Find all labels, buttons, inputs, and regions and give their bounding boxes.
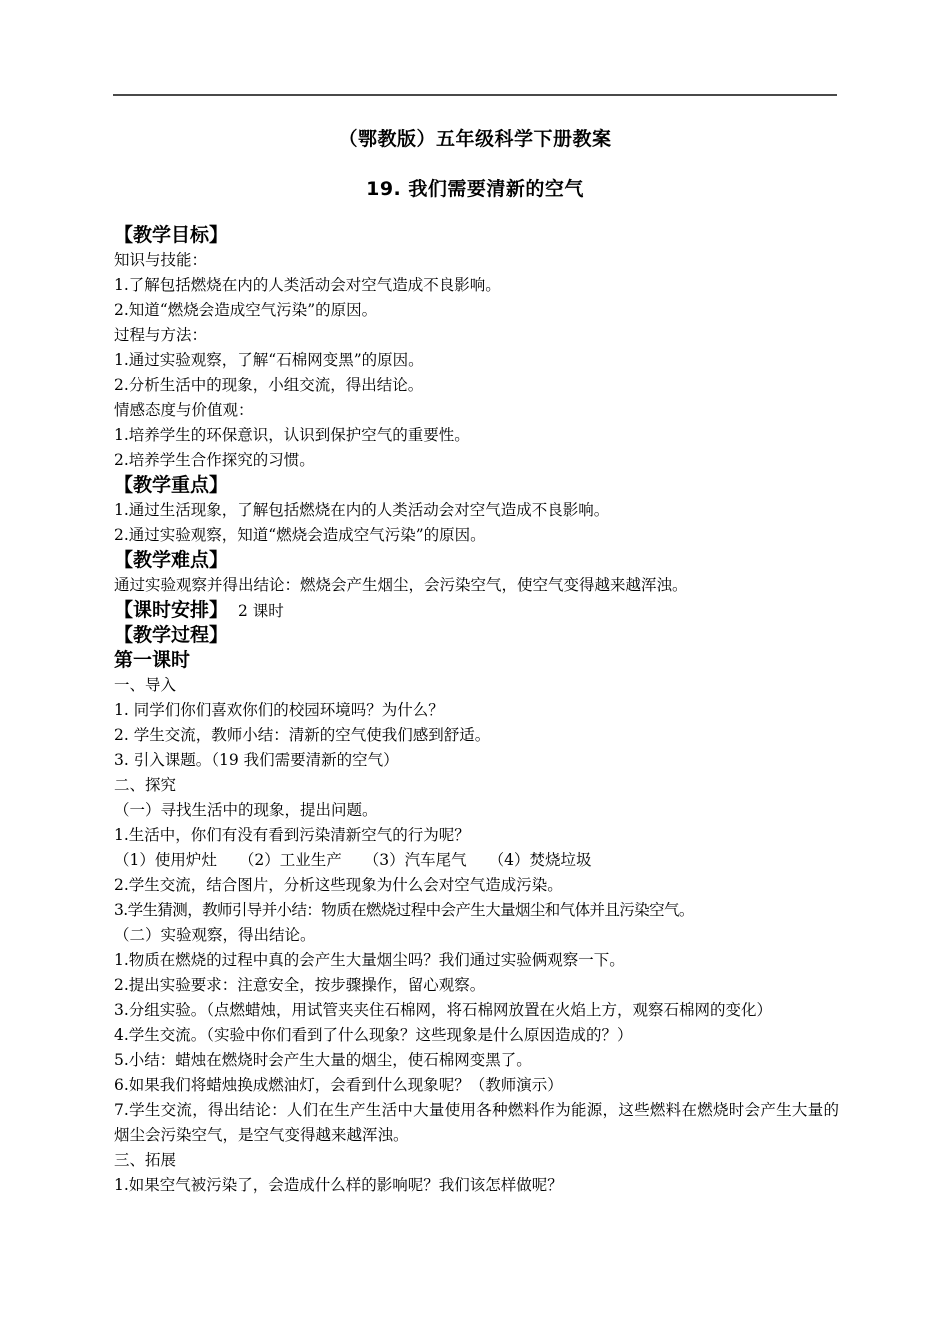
part2-sub2-item: 6.如果我们将蜡烛换成燃油灯，会看到什么现象呢？（教师演示） <box>114 1073 839 1098</box>
behavior-item: （1）使用炉灶 <box>114 851 217 869</box>
difficulties-text: 通过实验观察并得出结论：燃烧会产生烟尘，会污染空气，使空气变得越来越浑浊。 <box>114 573 839 598</box>
part1-item: 1. 同学们你们喜欢你们的校园环境吗？为什么？ <box>114 698 839 723</box>
part2-sub2-item: 3.分组实验。（点燃蜡烛，用试管夹夹住石棉网，将石棉网放置在火焰上方，观察石棉网… <box>114 998 839 1023</box>
difficulties-heading: 【教学难点】 <box>114 548 839 573</box>
emotion-item: 2.培养学生合作探究的习惯。 <box>114 448 839 473</box>
behavior-item: （4）焚烧垃圾 <box>489 851 592 869</box>
part2-sub1-item: 1.生活中，你们有没有看到污染清新空气的行为呢？ <box>114 823 839 848</box>
schedule-value: 2 课时 <box>238 602 284 620</box>
process-heading: 【教学过程】 <box>114 623 839 648</box>
key-point-item: 2.通过实验观察，知道“燃烧会造成空气污染”的原因。 <box>114 523 839 548</box>
process-item: 1.通过实验观察，了解“石棉网变黑”的原因。 <box>114 348 839 373</box>
part2-title: 二、探究 <box>114 773 839 798</box>
behaviors-list: （1）使用炉灶（2）工业生产（3）汽车尾气（4）焚烧垃圾 <box>114 848 839 873</box>
process-item: 2.分析生活中的现象，小组交流，得出结论。 <box>114 373 839 398</box>
part1-title: 一、导入 <box>114 673 839 698</box>
part2-sub2-item: 1.物质在燃烧的过程中真的会产生大量烟尘吗？我们通过实验俩观察一下。 <box>114 948 839 973</box>
part2-sub1: （一）寻找生活中的现象，提出问题。 <box>114 798 839 823</box>
process-label: 过程与方法： <box>114 323 839 348</box>
knowledge-item: 2.知道“燃烧会造成空气污染”的原因。 <box>114 298 839 323</box>
part2-sub2-item: 4.学生交流。（实验中你们看到了什么现象？这些现象是什么原因造成的？） <box>114 1023 839 1048</box>
part2-sub2-item: 7.学生交流，得出结论：人们在生产生活中大量使用各种燃料作为能源，这些燃料在燃烧… <box>114 1098 839 1148</box>
part2-sub1-item: 3.学生猜测，教师引导并小结：物质在燃烧过程中会产生大量烟尘和气体并且污染空气。 <box>114 898 839 923</box>
part2-sub2-item: 5.小结：蜡烛在燃烧时会产生大量的烟尘，使石棉网变黑了。 <box>114 1048 839 1073</box>
schedule-label: 【课时安排】 <box>114 599 228 621</box>
part3-title: 三、拓展 <box>114 1148 839 1173</box>
lesson-one-heading: 第一课时 <box>114 648 839 673</box>
knowledge-item: 1.了解包括燃烧在内的人类活动会对空气造成不良影响。 <box>114 273 839 298</box>
header-rule <box>113 94 837 96</box>
emotion-label: 情感态度与价值观： <box>114 398 839 423</box>
key-points-heading: 【教学重点】 <box>114 473 839 498</box>
emotion-item: 1.培养学生的环保意识，认识到保护空气的重要性。 <box>114 423 839 448</box>
part2-sub1-item: 2.学生交流，结合图片，分析这些现象为什么会对空气造成污染。 <box>114 873 839 898</box>
part1-item: 2. 学生交流，教师小结：清新的空气使我们感到舒适。 <box>114 723 839 748</box>
knowledge-label: 知识与技能： <box>114 248 839 273</box>
part3-item: 1.如果空气被污染了，会造成什么样的影响呢？我们该怎样做呢？ <box>114 1173 839 1198</box>
schedule-heading: 【课时安排】2 课时 <box>114 598 839 623</box>
lesson-title: 19. 我们需要清新的空气 <box>0 174 950 201</box>
part1-item: 3. 引入课题。（19 我们需要清新的空气） <box>114 748 839 773</box>
part2-sub2-item: 2.提出实验要求：注意安全，按步骤操作，留心观察。 <box>114 973 839 998</box>
document-title: （鄂教版）五年级科学下册教案 <box>0 124 950 151</box>
key-point-item: 1.通过生活现象，了解包括燃烧在内的人类活动会对空气造成不良影响。 <box>114 498 839 523</box>
part2-sub2: （二）实验观察，得出结论。 <box>114 923 839 948</box>
objectives-heading: 【教学目标】 <box>114 223 839 248</box>
behavior-item: （3）汽车尾气 <box>364 851 467 869</box>
behavior-item: （2）工业生产 <box>239 851 342 869</box>
document-body: 【教学目标】 知识与技能： 1.了解包括燃烧在内的人类活动会对空气造成不良影响。… <box>114 223 839 1198</box>
